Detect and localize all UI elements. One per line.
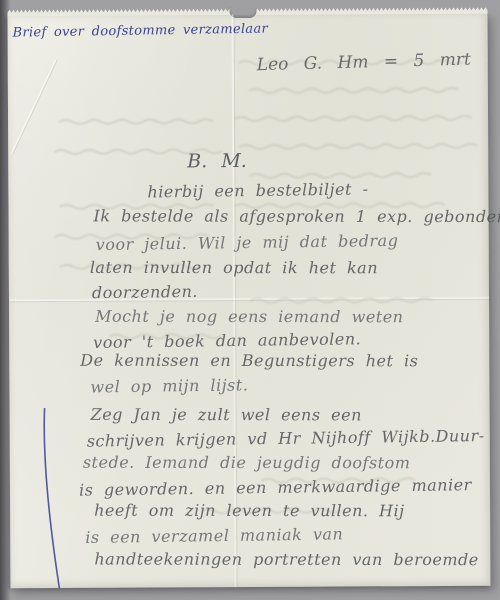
handwritten-line: Mocht je nog eens iemand weten: [95, 307, 403, 327]
handwritten-line: is een verzamel maniak van: [85, 524, 343, 547]
salutation: B. M.: [187, 150, 247, 172]
date-line: Leo G. Hm = 5 mrt: [257, 50, 472, 76]
handwritten-line: voor 't boek dan aanbevolen.: [93, 329, 361, 352]
handwritten-line: Ik bestelde als afgesproken 1 exp. gebon…: [94, 206, 500, 226]
scanner-background: { "letter": { "archivist_annotation": "B…: [0, 0, 500, 600]
handwritten-line: stede. Iemand die jeugdig doofstom: [83, 453, 411, 473]
handwritten-line: hierbij een bestelbiljet -: [147, 179, 368, 201]
handwritten-line: is geworden. en een merkwaardige manier: [79, 475, 472, 499]
handwritten-line: laten invullen opdat ik het kan: [90, 258, 378, 278]
horizontal-fold-crease: [9, 297, 489, 302]
handwritten-line: heeft om zijn leven te vullen. Hij: [94, 501, 405, 521]
handwritten-line: wel op mijn lijst.: [90, 375, 248, 396]
handwritten-line: Zeg Jan je zult wel eens een: [91, 405, 362, 424]
handwritten-line: voor jelui. Wil je mij dat bedrag: [96, 231, 399, 254]
blue-margin-line: [44, 408, 59, 588]
handwritten-line: De kennissen en Begunstigers het is: [80, 351, 418, 371]
archivist-annotation: Brief over doofstomme verzamelaar: [12, 22, 268, 41]
letter-paper: Brief over doofstomme verzamelaar Leo G.…: [8, 13, 491, 589]
handwritten-line: doorzenden.: [92, 282, 198, 302]
handwritten-line: handteekeningen portretten van beroemde: [94, 549, 478, 569]
handwritten-line: schrijven krijgen vd Hr Nijhoff Wijkb.Du…: [87, 426, 485, 451]
